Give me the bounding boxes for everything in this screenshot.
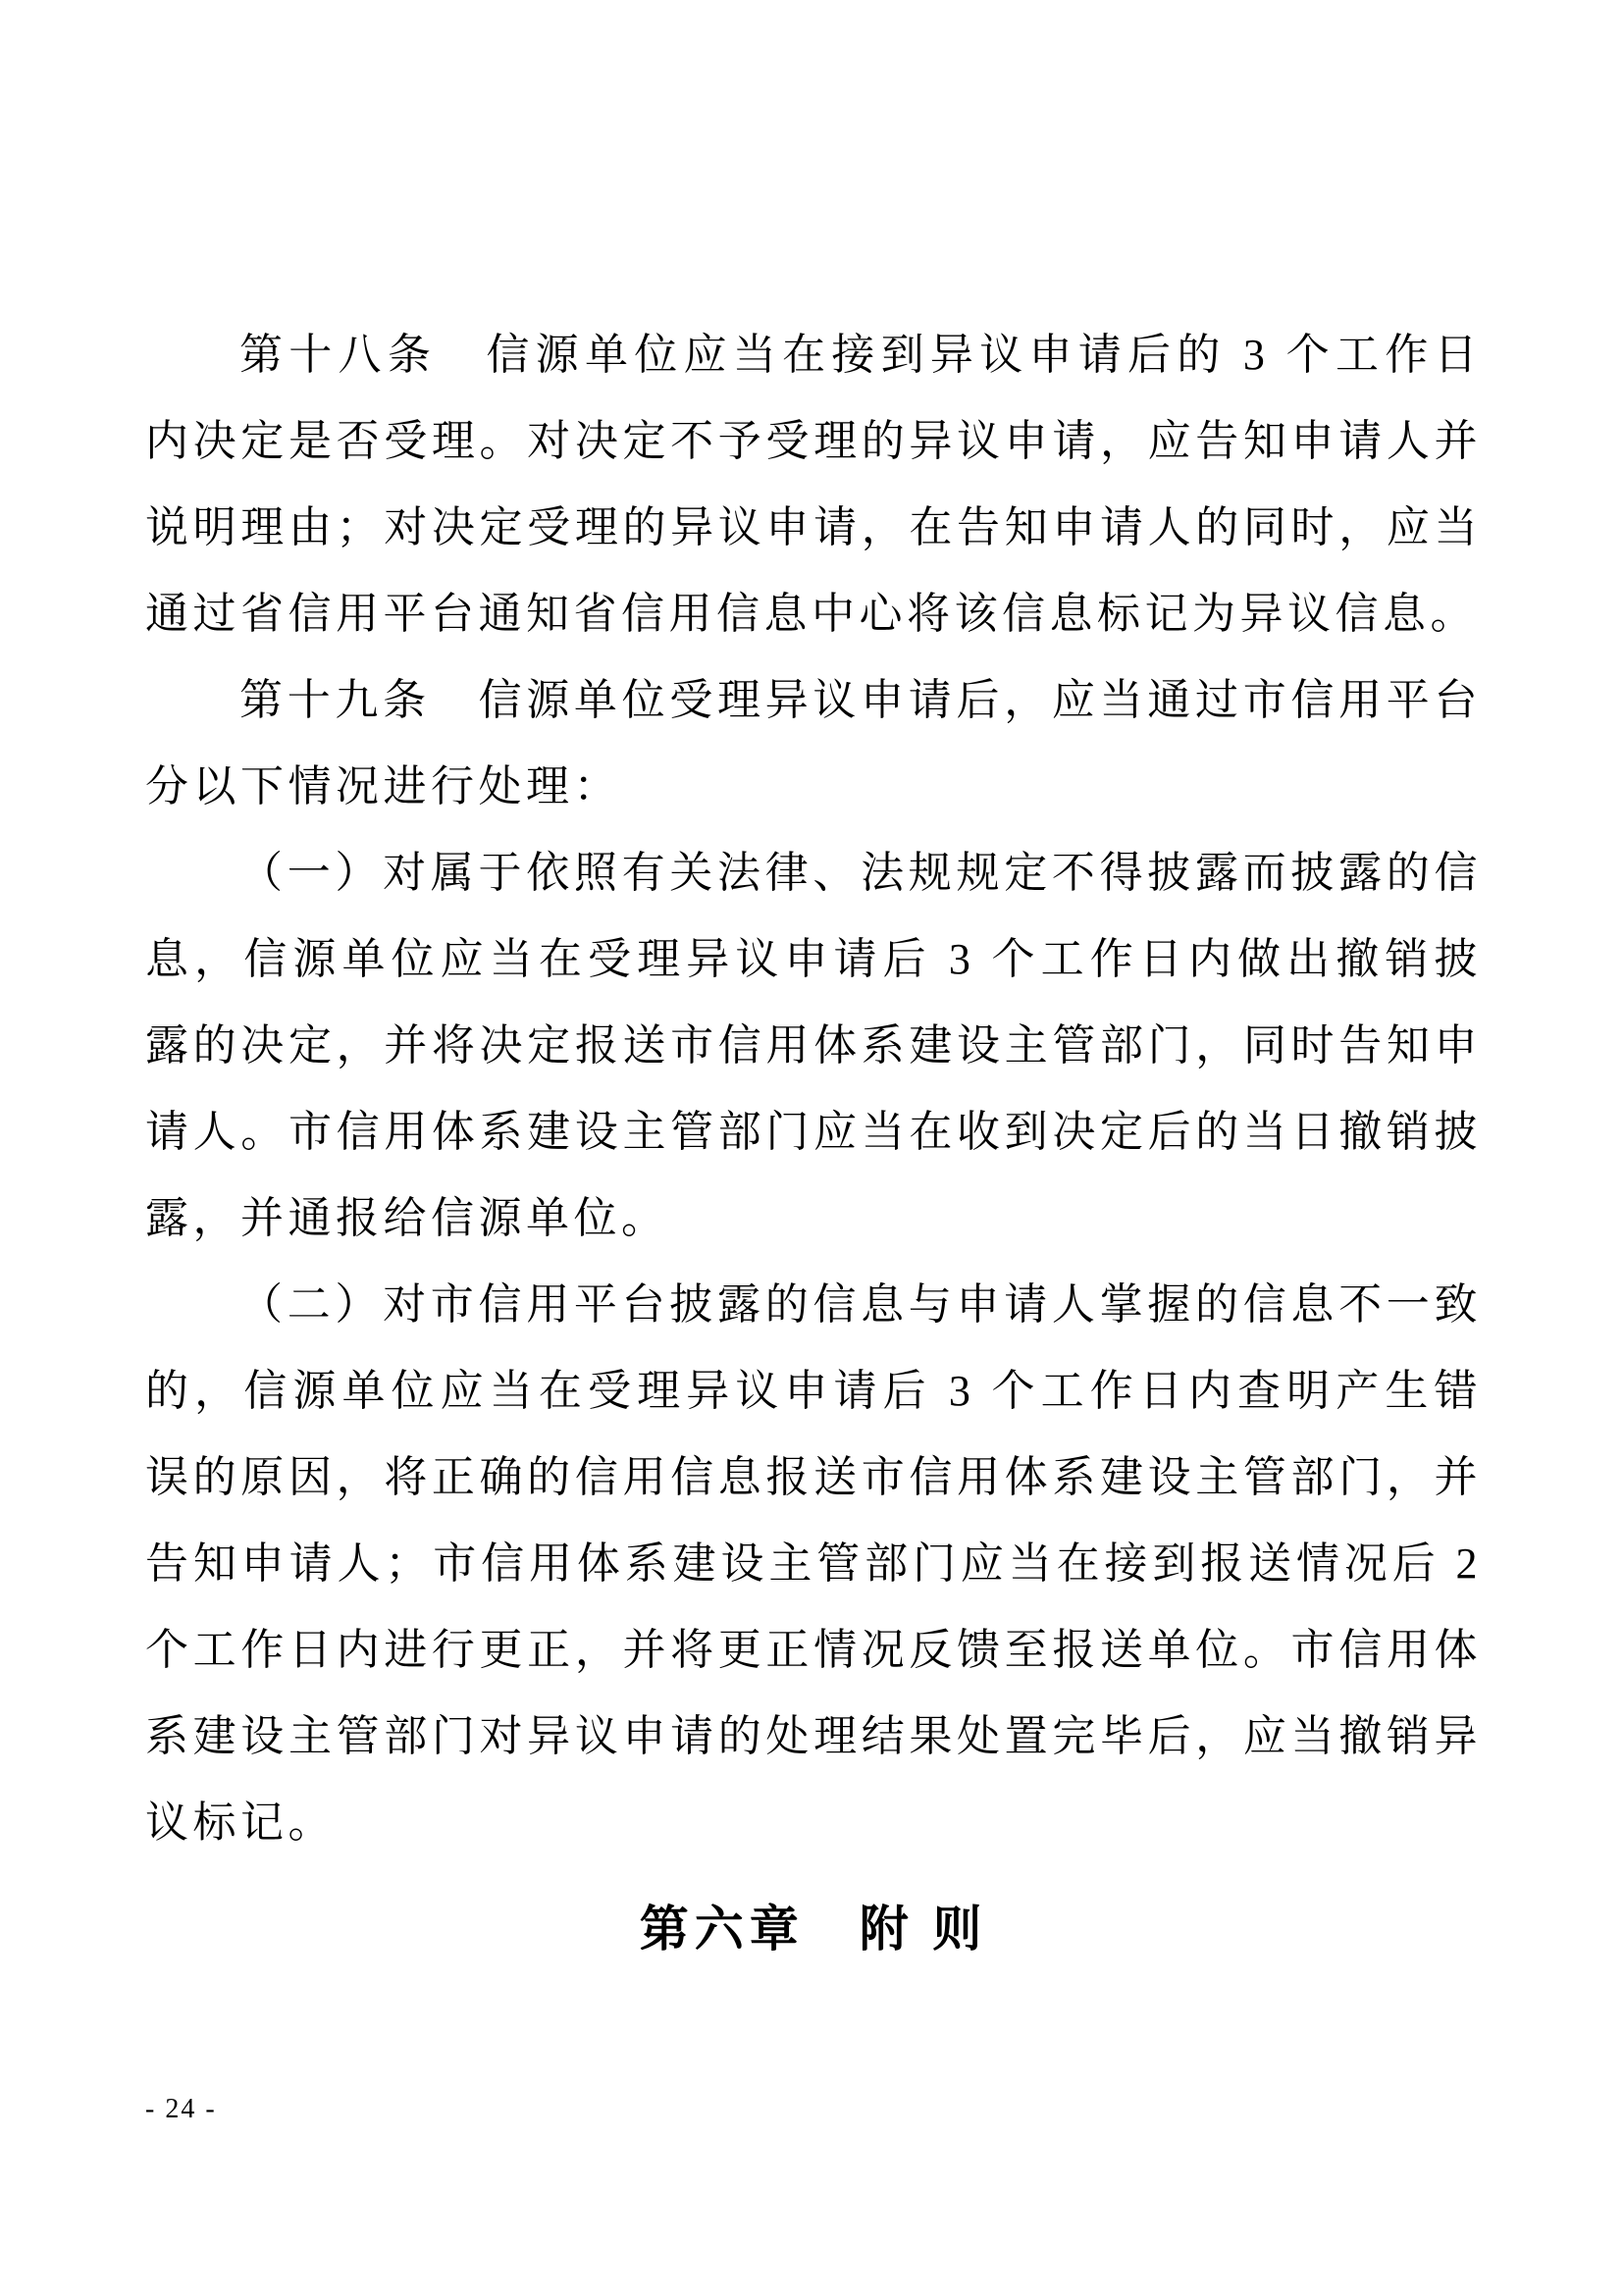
paragraph-article-18: 第十八条 信源单位应当在接到异议申请后的 3 个工作日内决定是否受理。对决定不予…: [145, 312, 1482, 657]
paragraph-item-1: （一）对属于依照有关法律、法规规定不得披露而披露的信息，信源单位应当在受理异议申…: [145, 830, 1482, 1262]
paragraph-item-2: （二）对市信用平台披露的信息与申请人掌握的信息不一致的，信源单位应当在受理异议申…: [145, 1262, 1482, 1866]
page-number: - 24 -: [145, 2094, 217, 2125]
document-page: 第十八条 信源单位应当在接到异议申请后的 3 个工作日内决定是否受理。对决定不予…: [0, 0, 1624, 2296]
chapter-heading: 第六章 附 则: [145, 1886, 1482, 1972]
document-body: 第十八条 信源单位应当在接到异议申请后的 3 个工作日内决定是否受理。对决定不予…: [145, 312, 1482, 1972]
paragraph-article-19: 第十九条 信源单位受理异议申请后，应当通过市信用平台分以下情况进行处理：: [145, 657, 1482, 830]
